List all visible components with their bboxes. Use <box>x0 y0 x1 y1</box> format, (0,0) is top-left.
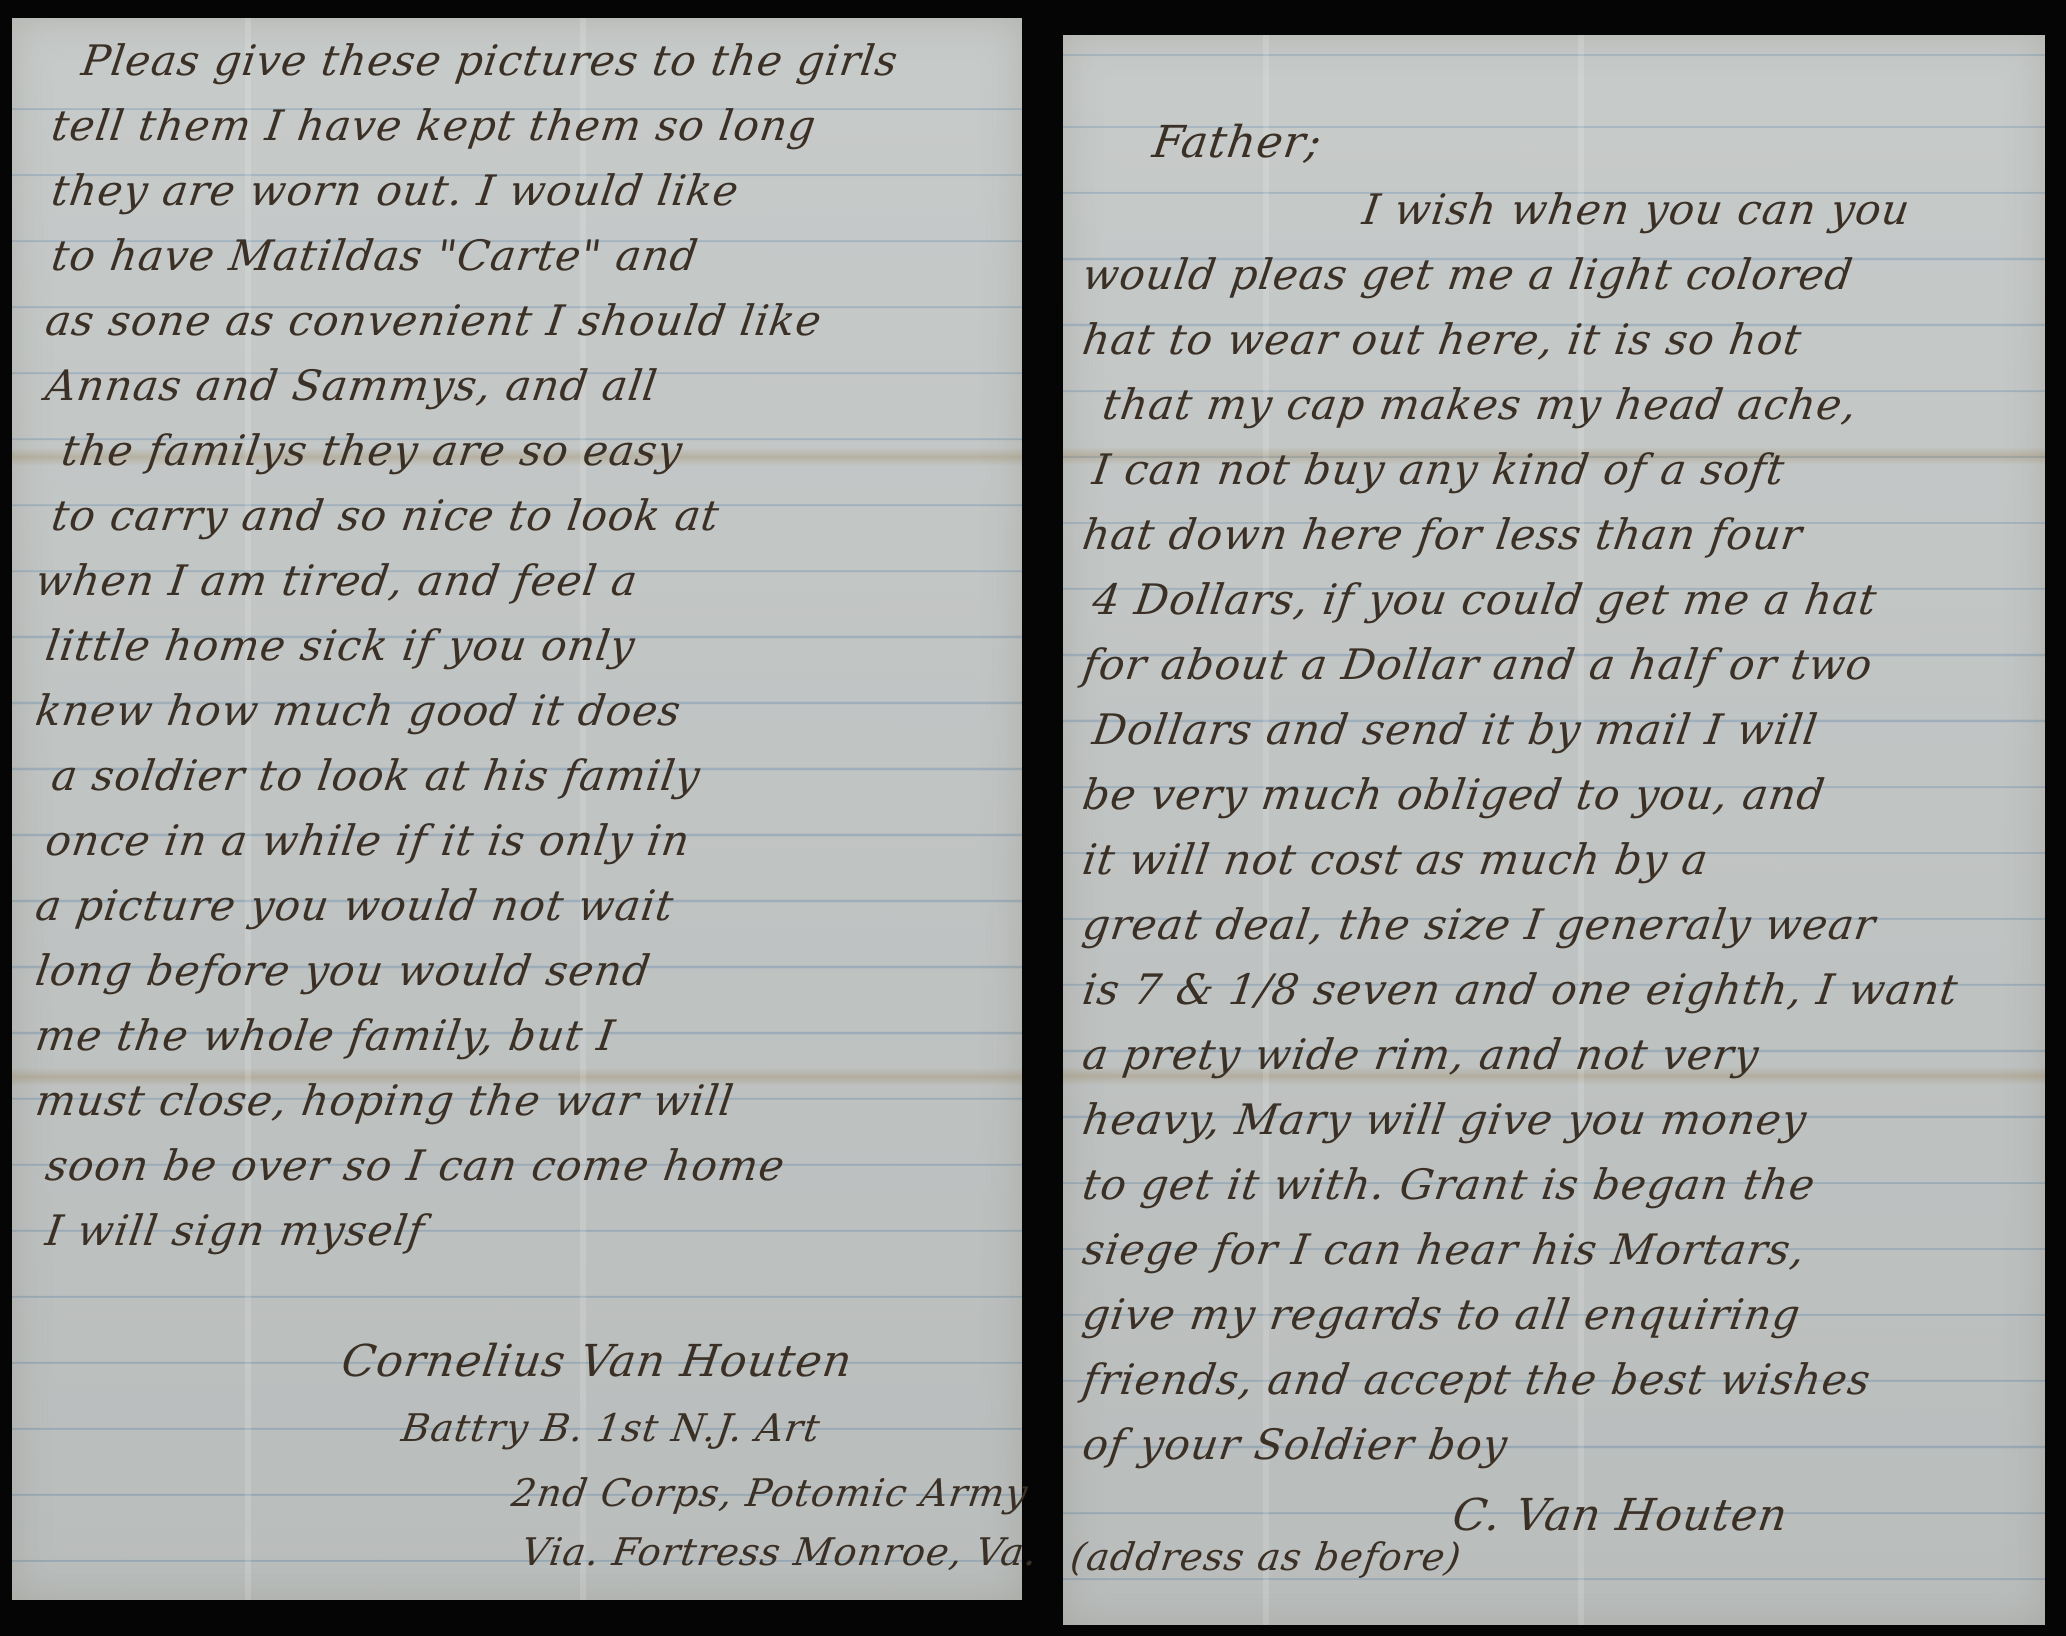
handwritten-line: hat to wear out here, it is so hot <box>1080 315 1806 364</box>
letter-page-right: Father; I wish when you can you would pl… <box>1063 35 2045 1625</box>
handwritten-line: great deal, the size I generaly wear <box>1080 900 1879 949</box>
handwritten-line: be very much obliged to you, and <box>1080 770 1829 819</box>
letter-page-left: Pleas give these pictures to the girls t… <box>12 18 1022 1600</box>
handwritten-line: knew how much good it does <box>33 686 685 735</box>
salutation: Father; <box>1149 117 1325 168</box>
handwritten-line: me the whole family, but I <box>33 1011 619 1060</box>
handwritten-line: when I am tired, and feel a <box>33 556 642 605</box>
handwritten-line: hat down here for less than four <box>1080 510 1806 559</box>
handwritten-line: the familys they are so easy <box>59 426 686 475</box>
handwritten-line: is 7 & 1/8 seven and one eighth, I want <box>1080 965 1962 1014</box>
handwritten-line: I will sign myself <box>43 1206 429 1255</box>
handwritten-line: I wish when you can you <box>1360 185 1914 234</box>
handwritten-line: give my regards to all enquiring <box>1080 1290 1804 1339</box>
handwritten-line: as sone as convenient I should like <box>43 296 826 345</box>
signature: Cornelius Van Houten <box>338 1336 855 1387</box>
address-line: Via. Fortress Monroe, Va. <box>519 1530 1041 1574</box>
handwritten-line: that my cap makes my head ache, <box>1100 380 1861 429</box>
handwritten-line: soon be over so I can come home <box>43 1141 789 1190</box>
handwritten-line: must close, hoping the war will <box>33 1076 738 1125</box>
handwritten-line: it will not cost as much by a <box>1080 835 1712 884</box>
handwritten-line: a soldier to look at his family <box>49 751 704 800</box>
handwritten-line: Annas and Sammys, and all <box>43 361 661 410</box>
address-line: Battry B. 1st N.J. Art <box>399 1406 823 1450</box>
handwritten-line: for about a Dollar and a half or two <box>1080 640 1876 689</box>
handwritten-line: siege for I can hear his Mortars, <box>1080 1225 1809 1274</box>
address-line: 2nd Corps, Potomic Army <box>509 1471 1031 1515</box>
handwritten-line: heavy, Mary will give you money <box>1080 1095 1811 1144</box>
signature: C. Van Houten <box>1449 1490 1791 1541</box>
handwritten-line: once in a while if it is only in <box>43 816 694 865</box>
handwritten-line: Pleas give these pictures to the girls <box>79 36 902 85</box>
handwritten-line: Dollars and send it by mail I will <box>1090 705 1822 754</box>
handwritten-line: long before you would send <box>33 946 654 995</box>
handwritten-line: friends, and accept the best wishes <box>1080 1355 1874 1404</box>
handwritten-line: to get it with. Grant is began the <box>1080 1160 1819 1209</box>
handwritten-line: little home sick if you only <box>43 621 639 670</box>
handwritten-line: a picture you would not wait <box>33 881 678 930</box>
handwritten-line: 4 Dollars, if you could get me a hat <box>1090 575 1881 624</box>
handwritten-line: a prety wide rim, and not very <box>1080 1030 1763 1079</box>
handwritten-line: they are worn out. I would like <box>49 166 743 215</box>
postscript: (address as before) <box>1068 1535 1465 1579</box>
handwritten-line: would pleas get me a light colored <box>1080 250 1857 299</box>
handwritten-line: of your Soldier boy <box>1080 1420 1512 1469</box>
handwritten-line: to have Matildas "Carte" and <box>49 231 702 280</box>
handwritten-line: to carry and so nice to look at <box>49 491 723 540</box>
handwritten-line: I can not buy any kind of a soft <box>1090 445 1789 494</box>
handwritten-line: tell them I have kept them so long <box>49 101 820 150</box>
